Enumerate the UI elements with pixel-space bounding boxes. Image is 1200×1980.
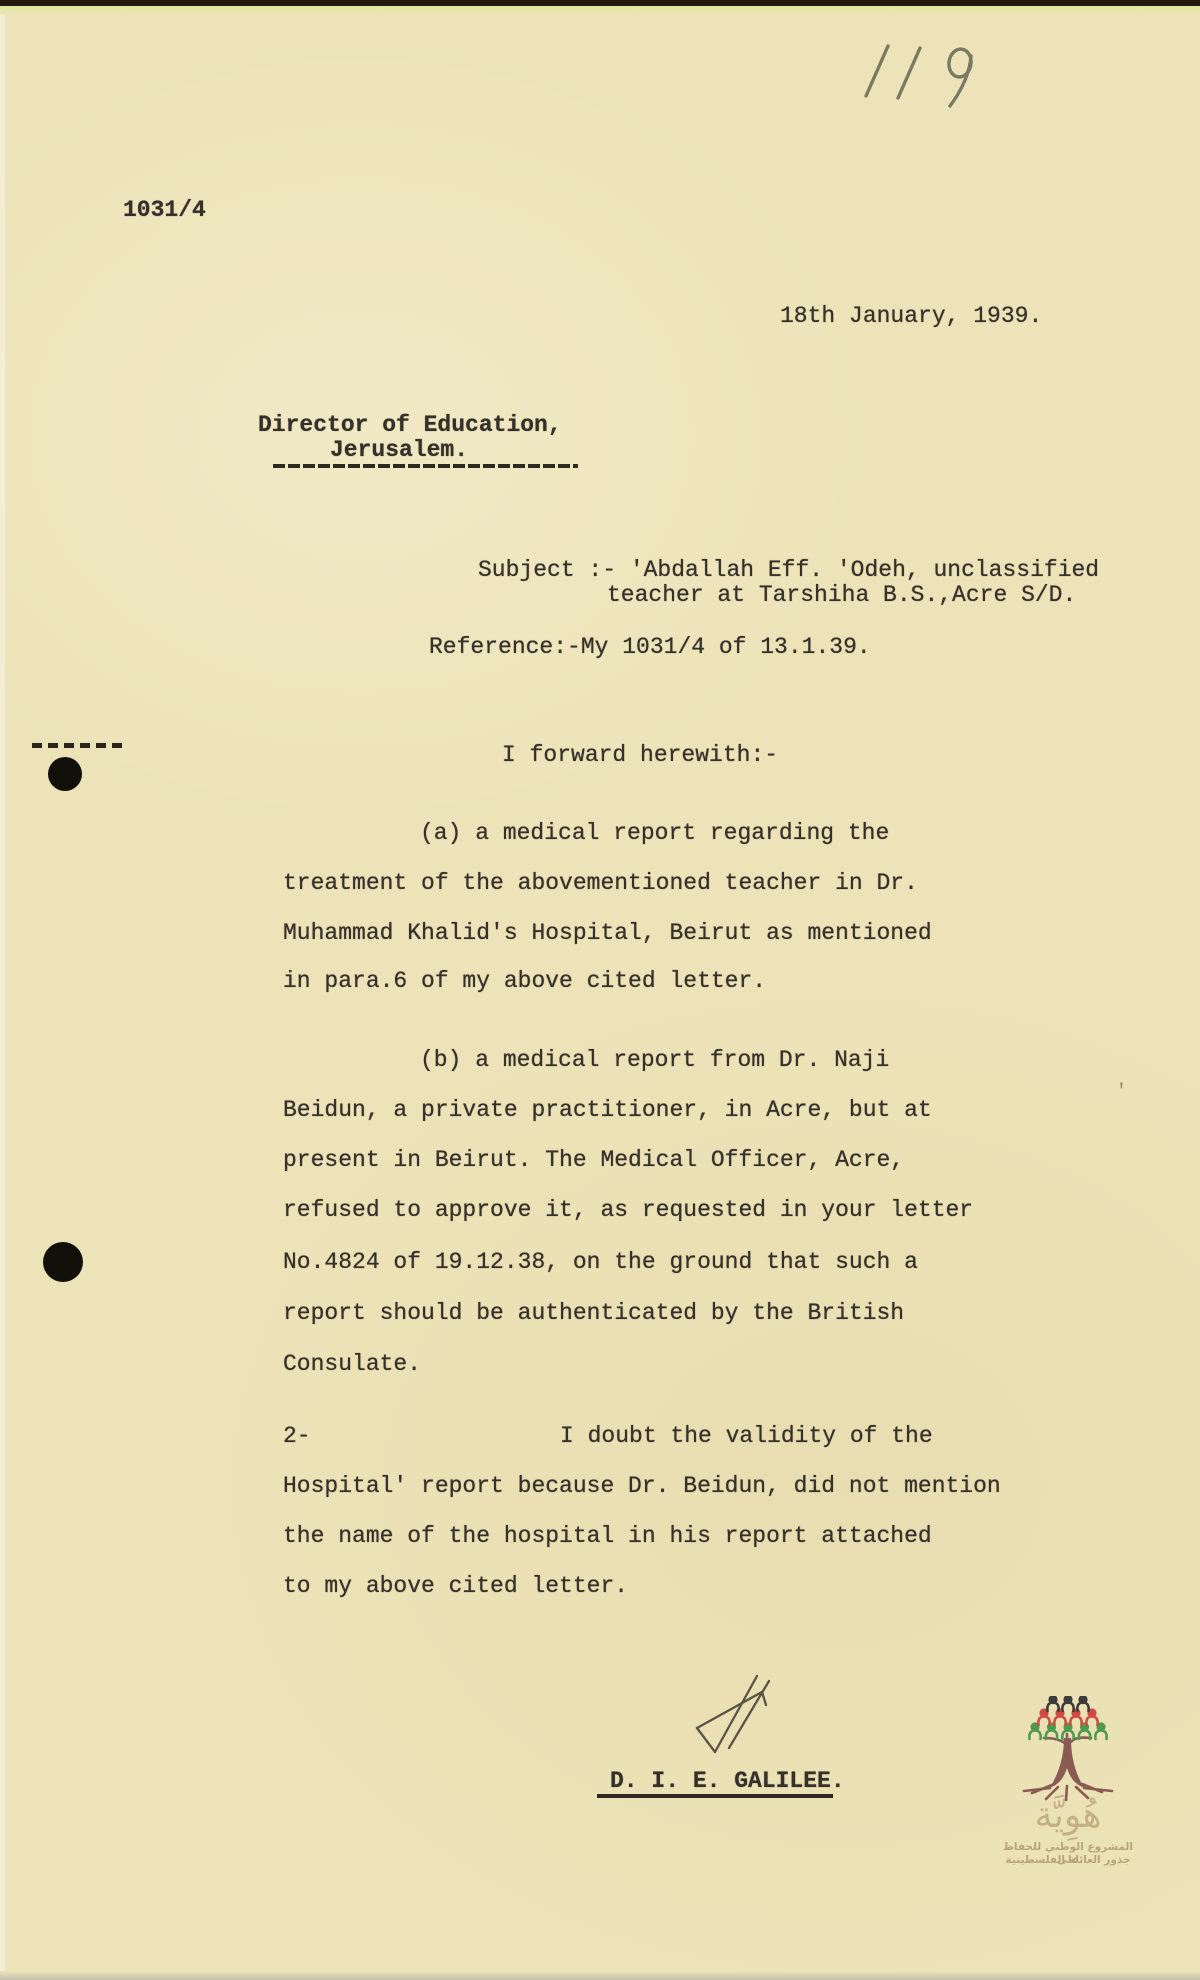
margin-dash-mark — [32, 743, 126, 748]
body-line: Muhammad Khalid's Hospital, Beirut as me… — [283, 920, 932, 946]
body-line: I forward herewith:- — [502, 742, 778, 768]
paragraph-number: 2- — [283, 1423, 311, 1449]
recipient-underline — [273, 464, 578, 468]
file-reference: 1031/4 — [123, 197, 206, 223]
body-line: to my above cited letter. — [283, 1573, 628, 1599]
body-line: (a) a medical report regarding the — [420, 820, 889, 846]
body-line: Beidun, a private practitioner, in Acre,… — [283, 1097, 932, 1123]
archive-logo-calligraphy: هُوِيَّة — [1008, 1796, 1128, 1836]
reference-line: Reference:-My 1031/4 of 13.1.39. — [429, 634, 871, 660]
signature-scribble — [685, 1666, 785, 1758]
body-line: the name of the hospital in his report a… — [283, 1523, 932, 1549]
body-line: treatment of the abovementioned teacher … — [283, 870, 918, 896]
signature-underline — [597, 1794, 833, 1798]
body-line: No.4824 of 19.12.38, on the ground that … — [283, 1249, 918, 1275]
body-line: (b) a medical report from Dr. Naji — [420, 1047, 889, 1073]
signature-name: D. I. E. GALILEE. — [610, 1768, 845, 1794]
body-line: in para.6 of my above cited letter. — [283, 968, 766, 994]
handwritten-page-number — [848, 38, 1008, 113]
body-line: Consulate. — [283, 1351, 421, 1377]
letter-date: 18th January, 1939. — [780, 303, 1042, 329]
stray-ink-mark: ' — [1116, 1082, 1127, 1102]
archive-logo-text-line: جذور العائلة الفلسطينية — [995, 1854, 1141, 1867]
scan-edge-top-tint — [0, 6, 1200, 15]
body-line: report should be authenticated by the Br… — [283, 1300, 904, 1326]
body-line: present in Beirut. The Medical Officer, … — [283, 1147, 904, 1173]
document-page: 1031/4 18th January, 1939. Director of E… — [0, 0, 1200, 1980]
body-line: refused to approve it, as requested in y… — [283, 1197, 973, 1223]
punch-hole-top — [48, 757, 82, 791]
archive-logo-tree-icon — [1020, 1696, 1116, 1806]
scan-edge-left — [0, 14, 5, 1971]
recipient-line: Jerusalem. — [330, 437, 468, 463]
subject-line: Subject :- 'Abdallah Eff. 'Odeh, unclass… — [478, 557, 1099, 583]
recipient-line: Director of Education, — [258, 412, 562, 438]
body-line: Hospital' report because Dr. Beidun, did… — [283, 1473, 1001, 1499]
scan-edge-bottom — [0, 1971, 1200, 1980]
body-line: I doubt the validity of the — [560, 1423, 933, 1449]
subject-line: teacher at Tarshiha B.S.,Acre S/D. — [607, 582, 1076, 608]
punch-hole-bottom — [43, 1242, 83, 1282]
